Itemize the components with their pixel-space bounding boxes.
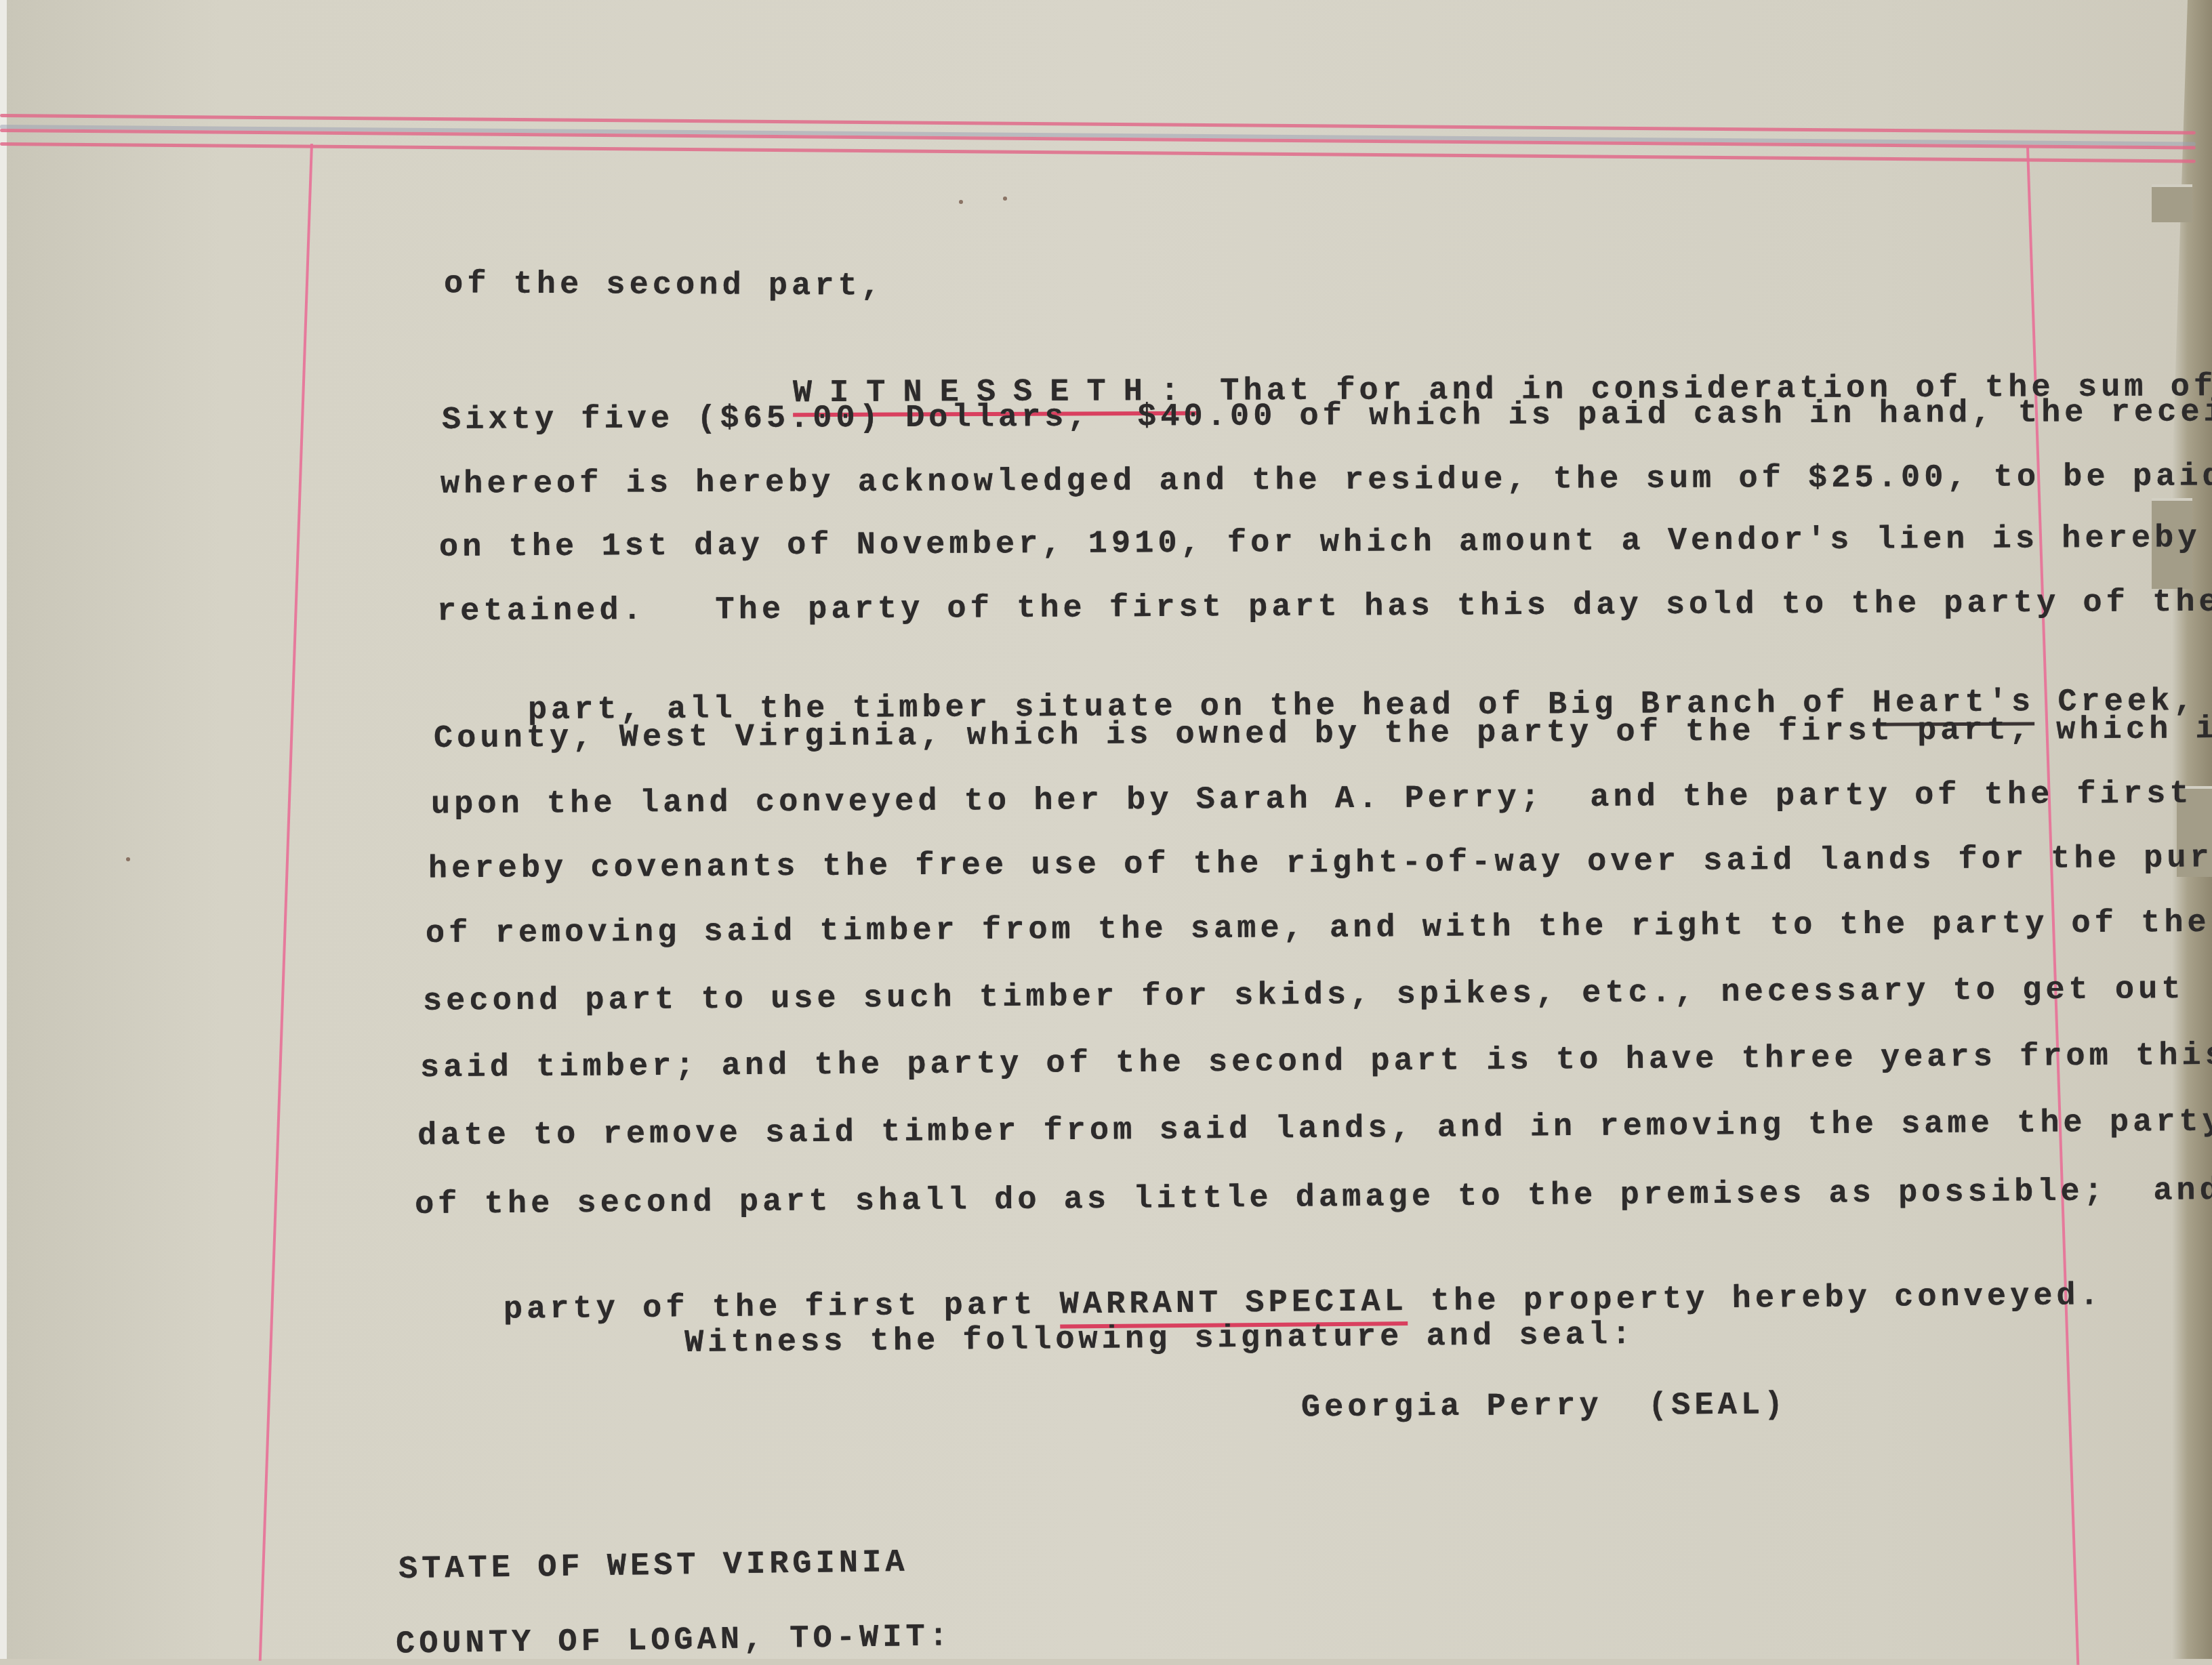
ink-speck — [959, 200, 963, 204]
text-span: party of the first part — [504, 1288, 1060, 1328]
text-line: whereof is hereby acknowledged and the r… — [441, 459, 2212, 502]
page-edge-left — [0, 0, 7, 1659]
ink-speck — [1003, 197, 1007, 201]
ink-speck — [126, 857, 130, 861]
text-line: of removing said timber from the same, a… — [426, 905, 2211, 952]
text-line: said timber; and the party of the second… — [420, 1038, 2212, 1087]
text-line: Sixty five ($65.00) Dollars, $40.00 of w… — [442, 394, 2212, 438]
left-margin-line — [259, 144, 313, 1659]
text-line: on the 1st day of November, 1910, for wh… — [439, 520, 2201, 566]
text-line: upon the land conveyed to her by Sarah A… — [431, 776, 2212, 823]
state-heading: STATE OF WEST VIRGINIA — [398, 1545, 909, 1588]
text-span: the property hereby conveyed. — [1408, 1278, 2104, 1320]
page-tab-upper — [2152, 184, 2192, 222]
text-line: hereby covenants the free use of the rig… — [428, 840, 2212, 888]
text-line: retained. The party of the first part ha… — [437, 583, 2212, 630]
county-heading: COUNTY OF LOGAN, TO-WIT: — [396, 1619, 953, 1659]
text-line: of the second part shall do as little da… — [415, 1172, 2212, 1223]
signature-name: Georgia Perry — [1301, 1388, 1603, 1426]
text-line: date to remove said timber from said lan… — [417, 1105, 2212, 1155]
text-line: of the second part, — [444, 266, 884, 304]
seal-label: (SEAL) — [1648, 1387, 1788, 1424]
text-line: second part to use such timber for skids… — [423, 972, 2185, 1020]
ledger-page: of the second part, WITNESSETH: That for… — [0, 0, 2212, 1659]
